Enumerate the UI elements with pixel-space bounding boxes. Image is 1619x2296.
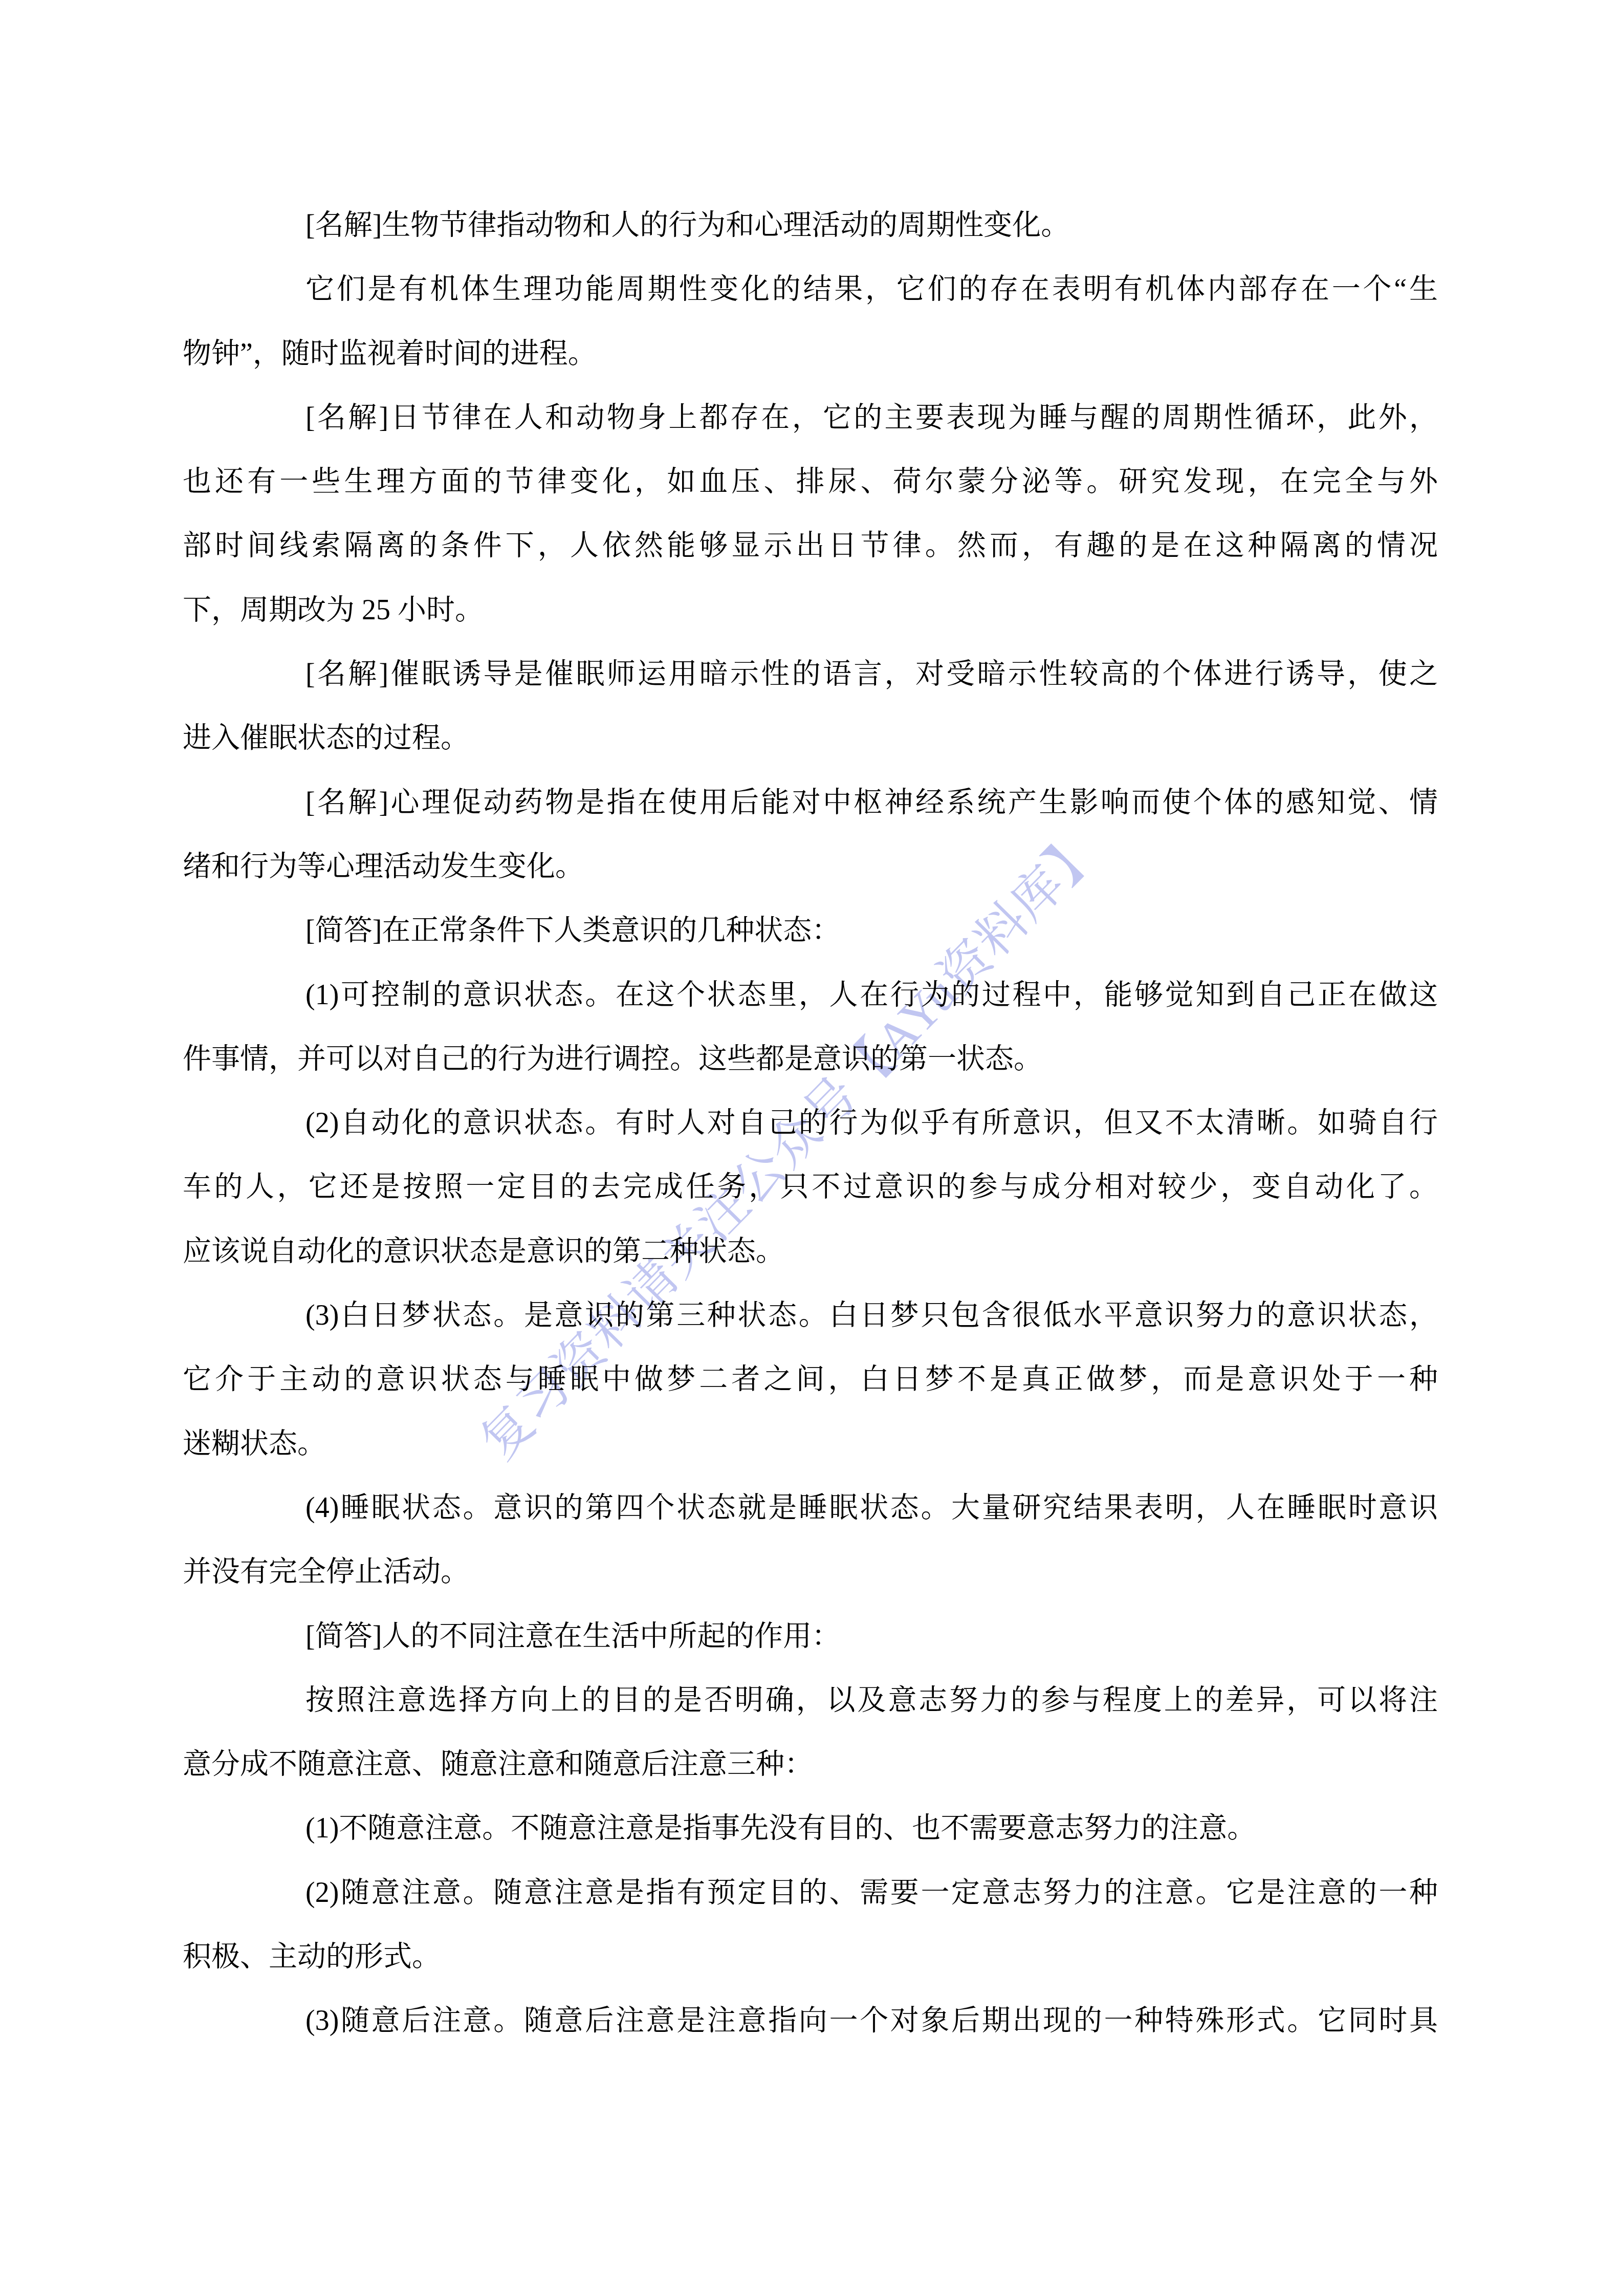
- text-line: 意分成不随意注意、随意注意和随意后注意三种：: [183, 1732, 1438, 1796]
- text-line: 进入催眠状态的过程。: [183, 706, 1438, 770]
- text-line: 下，周期改为 25 小时。: [183, 578, 1438, 642]
- text-line: [名解]日节律在人和动物身上都存在，它的主要表现为睡与醒的周期性循环，此外，: [183, 386, 1438, 450]
- text-line: [简答]在正常条件下人类意识的几种状态：: [183, 899, 1438, 963]
- text-line: (1)不随意注意。不随意注意是指事先没有目的、也不需要意志努力的注意。: [183, 1796, 1438, 1860]
- text-line: 积极、主动的形式。: [183, 1925, 1438, 1989]
- text-line: 部时间线索隔离的条件下，人依然能够显示出日节律。然而，有趣的是在这种隔离的情况: [183, 514, 1438, 578]
- text-line: (1)可控制的意识状态。在这个状态里，人在行为的过程中，能够觉知到自己正在做这: [183, 963, 1438, 1027]
- text-line: (2)随意注意。随意注意是指有预定目的、需要一定意志努力的注意。它是注意的一种: [183, 1861, 1438, 1925]
- text-line: 迷糊状态。: [183, 1412, 1438, 1476]
- document-page: 复习资料请关注公众号【AYu资料库】 [名解]生物节律指动物和人的行为和心理活动…: [0, 0, 1619, 2296]
- text-line: (2)自动化的意识状态。有时人对自己的行为似乎有所意识，但又不太清晰。如骑自行: [183, 1091, 1438, 1155]
- text-line: [简答]人的不同注意在生活中所起的作用：: [183, 1605, 1438, 1669]
- text-line: 物钟”，随时监视着时间的进程。: [183, 322, 1438, 386]
- text-line: 也还有一些生理方面的节律变化，如血压、排尿、荷尔蒙分泌等。研究发现，在完全与外: [183, 450, 1438, 514]
- text-line: 并没有完全停止活动。: [183, 1540, 1438, 1604]
- text-line: 车的人，它还是按照一定目的去完成任务，只不过意识的参与成分相对较少，变自动化了。: [183, 1155, 1438, 1219]
- text-line: 件事情，并可以对自己的行为进行调控。这些都是意识的第一状态。: [183, 1027, 1438, 1091]
- text-line: 它们是有机体生理功能周期性变化的结果，它们的存在表明有机体内部存在一个“生: [183, 257, 1438, 321]
- text-line: (3)随意后注意。随意后注意是注意指向一个对象后期出现的一种特殊形式。它同时具: [183, 1989, 1438, 2053]
- document-body: [名解]生物节律指动物和人的行为和心理活动的周期性变化。它们是有机体生理功能周期…: [183, 193, 1438, 2053]
- text-line: [名解]催眠诱导是催眠师运用暗示性的语言，对受暗示性较高的个体进行诱导，使之: [183, 642, 1438, 706]
- text-line: [名解]生物节律指动物和人的行为和心理活动的周期性变化。: [183, 193, 1438, 257]
- text-line: 它介于主动的意识状态与睡眠中做梦二者之间，白日梦不是真正做梦，而是意识处于一种: [183, 1348, 1438, 1412]
- text-line: (3)白日梦状态。是意识的第三种状态。白日梦只包含很低水平意识努力的意识状态，: [183, 1284, 1438, 1348]
- text-line: 绪和行为等心理活动发生变化。: [183, 835, 1438, 899]
- text-line: 应该说自动化的意识状态是意识的第二种状态。: [183, 1220, 1438, 1284]
- text-line: 按照注意选择方向上的目的是否明确，以及意志努力的参与程度上的差异，可以将注: [183, 1669, 1438, 1732]
- text-line: [名解]心理促动药物是指在使用后能对中枢神经系统产生影响而使个体的感知觉、情: [183, 771, 1438, 835]
- text-line: (4)睡眠状态。意识的第四个状态就是睡眠状态。大量研究结果表明，人在睡眠时意识: [183, 1476, 1438, 1540]
